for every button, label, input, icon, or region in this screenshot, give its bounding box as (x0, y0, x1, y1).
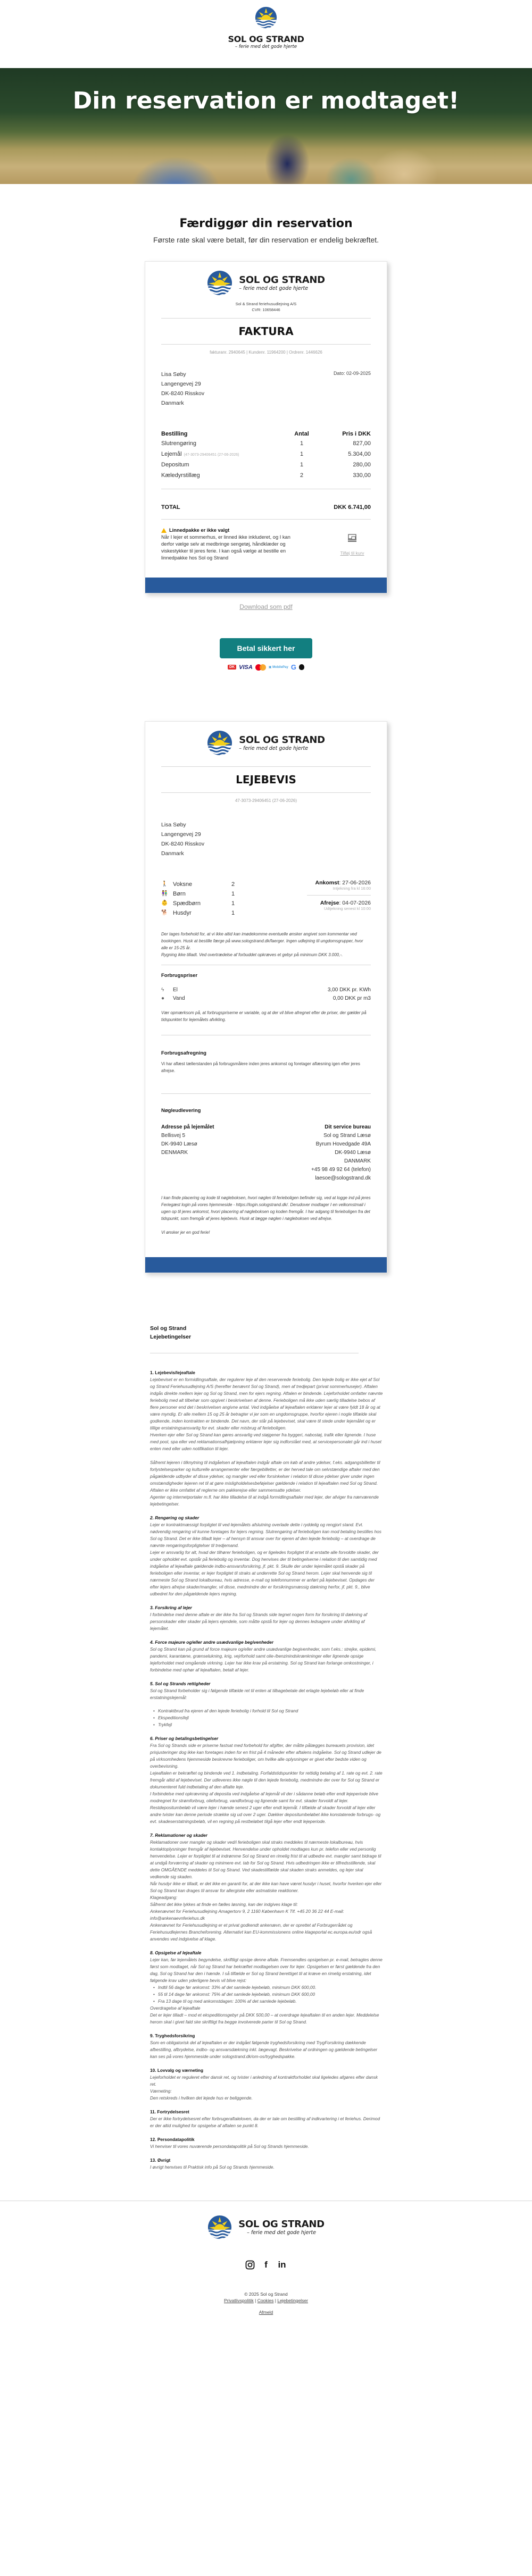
item-name: Depositum (161, 462, 189, 468)
terms-paragraph: Ankenævnet for Feriehusudlejning er et p… (150, 1922, 383, 1943)
brand-tagline: – ferie med det gode hjerte (235, 44, 297, 49)
divider (161, 792, 371, 793)
guest-count: 1 (231, 908, 242, 918)
guest-label: Børn (173, 889, 231, 899)
order-line: Lejemål(47-3073-29406451 (27-06-2026)15.… (161, 449, 371, 460)
brand-logo[interactable]: SOL OG STRAND – ferie med det gode hjert… (0, 6, 532, 49)
item-qty: 1 (286, 460, 318, 471)
terms-section-title: 10. Lovvalg og værneting (150, 2067, 383, 2074)
terms-section-title: 2. Rengøring og skader (150, 1515, 383, 1521)
brand-name: SOL OG STRAND (239, 274, 325, 286)
item-price: 330,00 (318, 471, 371, 481)
terms-section-title: 12. Persondatapolitik (150, 2136, 383, 2143)
warning-icon (161, 528, 167, 533)
utilities-title: Forbrugspriser (161, 973, 371, 978)
smoking-notice: Rygning ikke tilladt. Ved overtrædelse a… (161, 952, 343, 957)
payment-methods: DK VISA ▣ MobilePay G (0, 663, 532, 671)
address-line: DENMARK (161, 1149, 214, 1157)
terms-paragraph: Såfremt lejeren i tilknytning til indgåe… (150, 1459, 383, 1494)
divider (161, 489, 371, 489)
apple-pay-icon (299, 664, 304, 670)
download-container: Download som pdf (0, 602, 532, 612)
hero-title: Din reservation er modtaget! (0, 86, 532, 116)
terms-paragraph: Lejer er ansvarlig for alt, hvad der til… (150, 1549, 383, 1598)
bureau-line: DK-9940 Læsø (311, 1149, 371, 1157)
terms-section: 3. Forsikring af lejerI forbindelse med … (150, 1604, 383, 1632)
divider (307, 895, 371, 896)
terms-paragraph: Sol og Strand kan på grund af force maje… (150, 1646, 383, 1674)
terms-list: Indtil 56 dage før ankomst: 33% af det s… (153, 1984, 383, 2005)
order-header: Bestilling Antal Pris i DKK (161, 429, 371, 439)
item-price: 5.304,00 (318, 449, 371, 460)
spacer (150, 1452, 383, 1459)
linen-title: Linnedpakke er ikke valgt (169, 527, 229, 534)
terms-section-title: 6. Priser og betalingsbetingelser (150, 1735, 383, 1742)
sun-wave-logo-icon (207, 2215, 232, 2239)
terms-section: 9. TryghedsforsikringSom en obligatorisk… (150, 2033, 383, 2060)
dankort-icon: DK (228, 665, 236, 670)
settlement-text: Vi har aflæst tællerstanden på forbrugsm… (161, 1060, 371, 1074)
guest-row: 👶 Spædbørn 1 (161, 899, 242, 908)
utility-prices: ϟEl 3,00 DKK pr. KWh ●Vand 0,00 DKK pr m… (161, 986, 371, 1003)
order-line: Kæledyrstillæg2330,00 (161, 471, 371, 481)
brand-name: SOL OG STRAND (228, 34, 304, 44)
social-links: f in (0, 2260, 532, 2270)
brand-tagline: – ferie med det gode hjerte (239, 286, 325, 291)
terms-paragraph: Reklamationer over mangler og skader ved… (150, 1839, 383, 1880)
customer-name: Lisa Søby (161, 370, 204, 379)
terms-list-item: Ekspeditionsfejl (153, 1714, 383, 1721)
checkin-note: Intjekning fra kl 16:00 (307, 886, 371, 891)
divider (161, 766, 371, 767)
lease-logo: SOL OG STRAND – ferie med det gode hjert… (161, 730, 371, 756)
hero-banner: Din reservation er modtaget! (0, 68, 532, 184)
rental-terms: Sol og Strand Lejebetingelser 1. Lejebev… (149, 1324, 383, 2171)
terms-section-title: 3. Forsikring af lejer (150, 1604, 383, 1611)
terms-section-title: 11. Fortrydelsesret (150, 2109, 383, 2115)
order-line: Depositum1280,00 (161, 460, 371, 471)
linkedin-icon[interactable]: in (277, 2260, 287, 2270)
brand-tagline: – ferie med det gode hjerte (239, 746, 325, 751)
key-handover: Adresse på lejemålet Bellisvej 5 DK-9940… (161, 1123, 371, 1183)
terms-heading: Sol og Strand Lejebetingelser (150, 1324, 383, 1341)
mastercard-icon (255, 664, 266, 671)
ferries-link[interactable]: www.sologstrand.dk/faerger (231, 939, 284, 943)
top-header: SOL OG STRAND – ferie med det gode hjert… (0, 0, 532, 63)
customer-city: DK-8240 Risskov (161, 839, 371, 849)
bureau-phone[interactable]: +45 98 49 92 64 (telefon) (311, 1166, 371, 1174)
terms-paragraph: Når husdyr ikke er tilladt, er det ikke … (150, 1880, 383, 1894)
item-qty: 1 (286, 439, 318, 449)
terms-paragraph: Hverken ejer eller Sol og Strand kan gør… (150, 1432, 383, 1452)
order-line: Slutrengøring1827,00 (161, 439, 371, 449)
divider (161, 519, 371, 520)
service-bureau-title: Dit service bureau (325, 1124, 371, 1130)
terms-paragraph: Lejeaftalen er bekræftet og bindende ved… (150, 1770, 383, 1791)
instagram-icon[interactable] (245, 2260, 255, 2270)
arrival-label: Ankomst (315, 880, 339, 886)
terms-paragraph: Lejer kan, før lejemålets begyndelse, sk… (150, 1956, 383, 1984)
mobilepay-icon: ▣ MobilePay (269, 665, 288, 669)
guest-count: 1 (231, 889, 242, 899)
customer-street: Langengevej 29 (161, 379, 204, 389)
bureau-email[interactable]: laesoe@sologstrand.dk (311, 1174, 371, 1183)
download-pdf-link[interactable]: Download som pdf (239, 603, 292, 610)
children-icon: 👫 (161, 889, 173, 899)
terms-paragraph: I forbindelse med opkrævning af deposita… (150, 1791, 383, 1825)
terms-paragraph: Lejebeviset er en formidlingsaftale, der… (150, 1376, 383, 1432)
customer-address: Lisa Søby Langengevej 29 DK-8240 Risskov… (161, 370, 204, 408)
terms-section: 10. Lovvalg og værnetingLejeforholdet er… (150, 2067, 383, 2102)
divider (161, 1035, 371, 1035)
invoice-logo: SOL OG STRAND – ferie med det gode hjert… (161, 270, 371, 296)
order-item: Lejemål(47-3073-29406451 (27-06-2026) (161, 449, 286, 460)
arrival: Ankomst: 27-06-2026 (307, 880, 371, 886)
item-name: Lejemål (161, 451, 182, 457)
visa-icon: VISA (239, 664, 253, 671)
order-table: Bestilling Antal Pris i DKK Slutrengørin… (161, 429, 371, 481)
lease-customer-address: Lisa Søby Langengevej 29 DK-8240 Risskov… (161, 820, 371, 858)
terms-paragraph: Sol og Strand forbeholder sig i følgende… (150, 1687, 383, 1701)
arrival-date: : 27-06-2026 (339, 880, 371, 886)
terms-section: 12. PersondatapolitikVi henviser til vor… (150, 2136, 383, 2150)
customer-name: Lisa Søby (161, 820, 371, 830)
terms-heading-title: Lejebetingelser (150, 1333, 383, 1341)
payment-section: Betal sikkert her DK VISA ▣ MobilePay G (0, 638, 532, 671)
item-name: Slutrengøring (161, 440, 196, 447)
linen-description: Når I lejer et sommerhus, er linned ikke… (161, 534, 294, 562)
item-price: 280,00 (318, 460, 371, 471)
terms-paragraph: Agenter og internetportaler m.fl. har ik… (150, 1494, 383, 1508)
brand-name: SOL OG STRAND (239, 734, 325, 746)
guest-row: 👫 Børn 1 (161, 889, 242, 899)
utility-value: 3,00 DKK pr. KWh (328, 986, 371, 994)
terms-paragraph: Den retskreds i hvilken det lejede hus e… (150, 2095, 383, 2102)
cookies-link[interactable]: Cookies (257, 2298, 274, 2303)
order-item: Depositum (161, 460, 286, 471)
departure-label: Afrejse (320, 900, 339, 906)
facebook-icon[interactable]: f (261, 2260, 271, 2270)
item-price: 827,00 (318, 439, 371, 449)
pet-icon: 🐕 (161, 908, 173, 918)
bureau-line: DANMARK (311, 1157, 371, 1166)
guest-label: Spædbørn (173, 899, 231, 908)
bureau-line: Sol og Strand Læsø (311, 1132, 371, 1140)
terms-paragraph: Vi henviser til vores nuværende personda… (150, 2143, 383, 2150)
page-title: Færdiggør din reservation (0, 217, 532, 230)
terms-heading-brand: Sol og Strand (150, 1324, 383, 1333)
address-line: Bellisvej 5 (161, 1132, 214, 1140)
terms-section: 7. Reklamationer og skaderReklamationer … (150, 1832, 383, 1943)
divider (161, 965, 371, 965)
water-drop-icon: ● (161, 994, 173, 1003)
terms-section-title: 5. Sol og Strands rettigheder (150, 1680, 383, 1687)
terms-list-item: Indtil 56 dage før ankomst: 33% af det s… (153, 1984, 383, 1991)
customer-country: Danmark (161, 398, 204, 408)
terms-paragraph: Der er ikke fortrydelsesret efter forbru… (150, 2115, 383, 2129)
brand-tagline: – ferie med det gode hjerte (238, 2230, 324, 2236)
card-footer-bar (145, 578, 387, 593)
invoice-date: Dato: 02-09-2025 (334, 371, 371, 408)
lease-title: LEJEBEVIS (161, 773, 371, 786)
footer-links: Privatlivspolitik | Cookies | Lejebeting… (0, 2298, 532, 2303)
divider (150, 1353, 359, 1353)
utility-label: El (173, 987, 178, 993)
terms-section: 11. FortrydelsesretDer er ikke fortrydel… (150, 2109, 383, 2129)
footer: SOL OG STRAND – ferie med det gode hjert… (0, 2201, 532, 2359)
service-bureau: Dit service bureau Sol og Strand Læsø By… (311, 1123, 371, 1183)
col-price: Pris i DKK (318, 429, 371, 439)
terms-section-title: 1. Lejebevis/lejeaftale (150, 1369, 383, 1376)
terms-paragraph: I øvrigt henvises til Praktisk info på S… (150, 2164, 383, 2171)
total-label: TOTAL (161, 504, 180, 511)
lease-card: SOL OG STRAND – ferie med det gode hjert… (145, 721, 387, 1273)
item-qty: 1 (286, 449, 318, 460)
divider (161, 1093, 371, 1094)
property-address-title: Adresse på lejemålet (161, 1124, 214, 1130)
google-pay-icon: G (291, 663, 296, 671)
divider (161, 344, 371, 345)
guest-count: 1 (231, 899, 242, 908)
guest-count: 2 (231, 880, 242, 889)
col-qty: Antal (286, 429, 318, 439)
property-address: Adresse på lejemålet Bellisvej 5 DK-9940… (161, 1123, 214, 1183)
linen-stack-icon (347, 533, 358, 544)
total-row: TOTAL DKK 6.741,00 (161, 504, 371, 511)
electricity-icon: ϟ (161, 986, 173, 994)
departure-date: : 04-07-2026 (339, 900, 371, 906)
guest-row: 🚶 Voksne 2 (161, 880, 242, 889)
card-footer-bar (145, 1257, 387, 1273)
terms-list-item: Trykfejl (153, 1721, 383, 1728)
customer-city: DK-8240 Risskov (161, 389, 204, 398)
company-cvr: CVR: 10658446 (161, 307, 371, 313)
order-item: Kæledyrstillæg (161, 471, 286, 481)
pay-button[interactable]: Betal sikkert her (220, 638, 312, 658)
divider (161, 318, 371, 319)
booking-notice: Der tages forbehold for, at vi ikke alti… (161, 931, 371, 958)
order-item: Slutrengøring (161, 439, 286, 449)
terms-paragraph: Overdragelse af lejeaftale (150, 2005, 383, 2012)
terms-paragraph: Lejer er kontraktmæssigt forpligtet til … (150, 1521, 383, 1549)
sun-wave-logo-icon (207, 730, 232, 756)
terms-list: Kontraktbrud fra ejeren af den lejede fe… (153, 1708, 383, 1728)
terms-section-title: 8. Opsigelse af lejeaftale (150, 1950, 383, 1956)
copyright: © 2025 Sol og Strand (0, 2290, 532, 2298)
departure: Afrejse: 04-07-2026 (307, 900, 371, 906)
terms-paragraph: Ankenævnet for Feriehusudlejning Amagert… (150, 1908, 383, 1922)
stay-dates: Ankomst: 27-06-2026 Intjekning fra kl 16… (307, 880, 371, 918)
utility-row: ●Vand 0,00 DKK pr m3 (161, 994, 371, 1003)
sun-wave-logo-icon (255, 6, 277, 29)
utilities-note: Vær opmærksom på, at forbrugspriserne er… (161, 1009, 371, 1023)
address-line: DK-9940 Læsø (161, 1140, 214, 1149)
terms-section: 2. Rengøring og skaderLejer er kontraktm… (150, 1515, 383, 1598)
intro: Færdiggør din reservation Første rate sk… (0, 184, 532, 244)
settlement-title: Forbrugsafregning (161, 1050, 371, 1056)
company-name: Sol & Strand feriehusudlejning A/S (161, 301, 371, 307)
customer-street: Langengevej 29 (161, 830, 371, 839)
terms-paragraph: Det er lejer tilladt – mod et ekspeditio… (150, 2012, 383, 2026)
invoice-meta: fakturanr. 2940645 | Kundenr. 11964200 |… (161, 350, 371, 355)
unsubscribe-link[interactable]: Afmeld (259, 2310, 273, 2315)
terms-section: 1. Lejebevis/lejeaftaleLejebeviset er en… (150, 1369, 383, 1508)
adult-icon: 🚶 (161, 880, 173, 889)
terms-section: 5. Sol og Strands rettighederSol og Stra… (150, 1680, 383, 1728)
brand-name: SOL OG STRAND (238, 2219, 324, 2230)
terms-paragraph: I forbindelse med denne aftale er der ik… (150, 1611, 383, 1632)
customer-country: Danmark (161, 849, 371, 858)
terms-list-item: Fra 13 dage til og med ankomstdagen: 100… (153, 1998, 383, 2005)
terms-paragraph: Såfremt det ikke lykkes at finde en fæll… (150, 1901, 383, 1908)
guest-row: 🐕 Husdyr 1 (161, 908, 242, 918)
privacy-link[interactable]: Privatlivspolitik (224, 2298, 254, 2303)
keys-title: Nøgleudlevering (161, 1108, 371, 1114)
guest-label: Voksne (173, 880, 231, 889)
terms-section-title: 13. Øvrigt (150, 2157, 383, 2164)
terms-section-title: 4. Force majeure og/eller andre usædvanl… (150, 1639, 383, 1646)
checkout-note: Udtjekning senest kl 10:00 (307, 906, 371, 911)
linen-upsell: Linnedpakke er ikke valgt Når I lejer et… (161, 527, 371, 562)
terms-section: 8. Opsigelse af lejeaftaleLejer kan, før… (150, 1950, 383, 2026)
terms-paragraph: Fra Sol og Strands side er priserne fast… (150, 1742, 383, 1770)
terms-link[interactable]: Lejebetingelser (277, 2298, 308, 2303)
col-item: Bestilling (161, 429, 286, 439)
terms-paragraph: Klageadgang: (150, 1894, 383, 1901)
terms-list-item: Kontraktbrud fra ejeren af den lejede fe… (153, 1708, 383, 1714)
item-name: Kæledyrstillæg (161, 472, 200, 479)
guest-list: 🚶 Voksne 2 👫 Børn 1 👶 Spædbørn 1 🐕 Husdy… (161, 880, 242, 918)
guest-label: Husdyr (173, 908, 231, 918)
utility-label: Vand (173, 996, 185, 1001)
utility-row: ϟEl 3,00 DKK pr. KWh (161, 986, 371, 994)
terms-section: 4. Force majeure og/eller andre usædvanl… (150, 1639, 383, 1674)
infant-icon: 👶 (161, 899, 173, 908)
farewell: Vi ønsker jer en god ferie! (161, 1229, 371, 1236)
terms-paragraph: Som en obligatorisk del af lejeaftalen e… (150, 2039, 383, 2060)
invoice-card: SOL OG STRAND – ferie med det gode hjert… (145, 261, 387, 593)
terms-section-title: 7. Reklamationer og skader (150, 1832, 383, 1839)
terms-section: 6. Priser og betalingsbetingelserFra Sol… (150, 1735, 383, 1825)
item-qty: 2 (286, 471, 318, 481)
terms-paragraph: Lejeforholdet er reguleret efter dansk r… (150, 2074, 383, 2088)
add-to-cart-link[interactable]: Tilføj til kurv (340, 550, 364, 556)
sun-wave-logo-icon (207, 270, 232, 296)
bureau-line: Byrum Hovedgade 49A (311, 1140, 371, 1149)
terms-paragraph: Værneting: (150, 2088, 383, 2095)
invoice-title: FAKTURA (161, 325, 371, 338)
utility-value: 0,00 DKK pr m3 (333, 994, 371, 1003)
key-box-note: I kan finde placering og kode til nøgleb… (161, 1194, 371, 1222)
terms-list-item: 55 til 14 dage før ankomst: 75% af det s… (153, 1991, 383, 1998)
page-subtitle: Første rate skal være betalt, før din re… (0, 236, 532, 244)
company-info: Sol & Strand feriehusudlejning A/S CVR: … (161, 301, 371, 313)
terms-section: 13. ØvrigtI øvrigt henvises til Praktisk… (150, 2157, 383, 2171)
item-note: (47-3073-29406451 (27-06-2026) (184, 453, 239, 457)
lease-reference: 47-3073-29406451 (27-06-2026) (161, 798, 371, 803)
total-value: DKK 6.741,00 (334, 504, 371, 511)
terms-section-title: 9. Tryghedsforsikring (150, 2033, 383, 2039)
footer-logo[interactable]: SOL OG STRAND – ferie med det gode hjert… (0, 2215, 532, 2239)
